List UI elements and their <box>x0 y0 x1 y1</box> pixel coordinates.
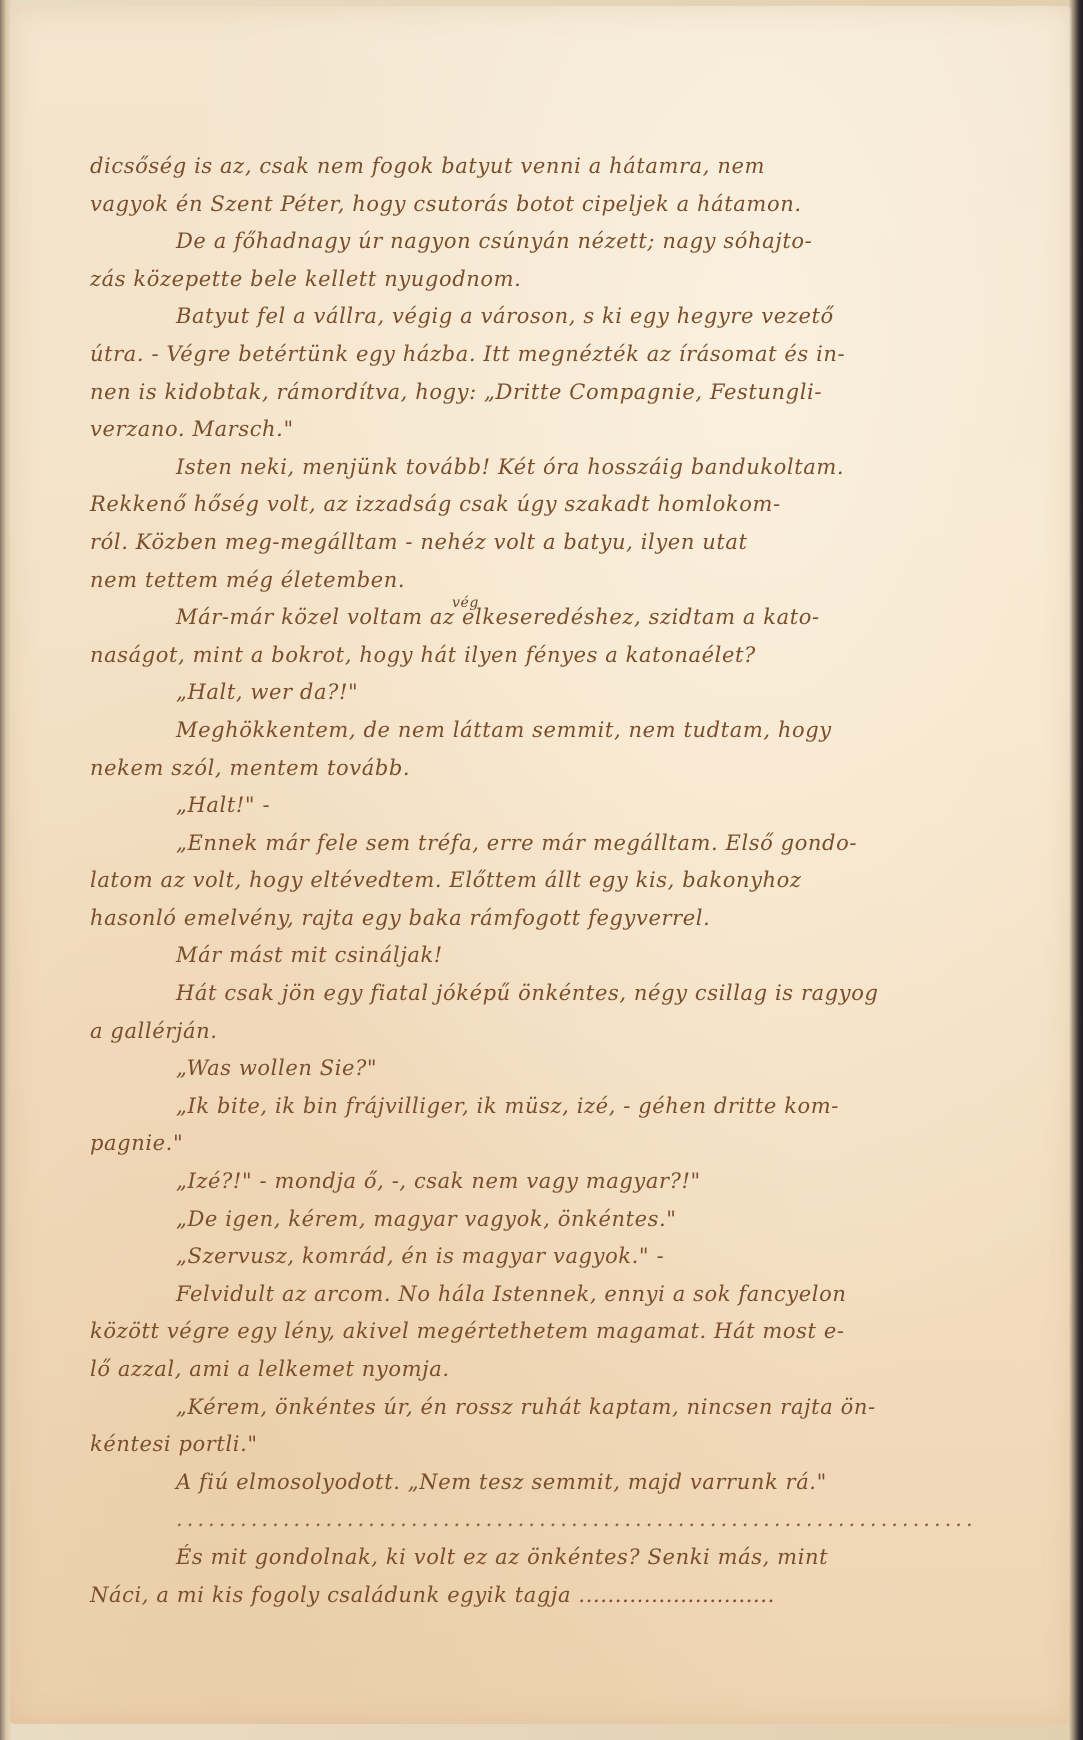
line-12: nem tettem még életemben. <box>90 562 1030 600</box>
line-36: A fiú elmosolyodott. „Nem tesz semmit, m… <box>90 1464 1030 1502</box>
line-34: „Kérem, önkéntes úr, én rossz ruhát kapt… <box>90 1389 1030 1427</box>
line-13: vég Már-már közel voltam az elkeseredésh… <box>90 599 1030 637</box>
line-10: Rekkenő hőség volt, az izzadság csak úgy… <box>90 486 1030 524</box>
line-3: De a főhadnagy úr nagyon csúnyán nézett;… <box>90 223 1030 261</box>
line-21: hasonló emelvény, rajta egy baka rámfogo… <box>90 900 1030 938</box>
line-32: között végre egy lény, akivel megértethe… <box>90 1313 1030 1351</box>
line-5: Batyut fel a vállra, végig a városon, s … <box>90 298 1030 336</box>
line-39: Náci, a mi kis fogoly családunk egyik ta… <box>90 1577 1030 1615</box>
line-19: „Ennek már fele sem tréfa, erre már megá… <box>90 825 1030 863</box>
inserted-word: vég <box>452 585 479 623</box>
line-35: kéntesi portli." <box>90 1426 1030 1464</box>
line-8: verzano. Marsch." <box>90 411 1030 449</box>
line-22: Már mást mit csináljak! <box>90 937 1030 975</box>
section-separator-dots: ........................................… <box>90 1501 1030 1539</box>
line-31: Felvidult az arcom. No hála Istennek, en… <box>90 1276 1030 1314</box>
line-38: És mit gondolnak, ki volt ez az önkéntes… <box>90 1539 1030 1577</box>
line-30: „Szervusz, komrád, én is magyar vagyok."… <box>90 1238 1030 1276</box>
line-18: „Halt!" - <box>90 787 1030 825</box>
line-9: Isten neki, menjünk tovább! Két óra hoss… <box>90 449 1030 487</box>
line-28: „Izé?!" - mondja ő, -, csak nem vagy mag… <box>90 1163 1030 1201</box>
line-24: a gallérján. <box>90 1013 1030 1051</box>
line-26: „Ik bite, ik bin frájvilliger, ik müsz, … <box>90 1088 1030 1126</box>
line-23: Hát csak jön egy fiatal jóképű önkéntes,… <box>90 975 1030 1013</box>
line-25: „Was wollen Sie?" <box>90 1050 1030 1088</box>
line-7: nen is kidobtak, rámordítva, hogy: „Drit… <box>90 374 1030 412</box>
line-33: lő azzal, ami a lelkemet nyomja. <box>90 1351 1030 1389</box>
line-4: zás közepette bele kellett nyugodnom. <box>90 261 1030 299</box>
line-29: „De igen, kérem, magyar vagyok, önkéntes… <box>90 1201 1030 1239</box>
book-edge <box>1069 0 1083 1740</box>
line-27: pagnie." <box>90 1125 1030 1163</box>
line-16: Meghökkentem, de nem láttam semmit, nem … <box>90 712 1030 750</box>
line-14: naságot, mint a bokrot, hogy hát ilyen f… <box>90 637 1030 675</box>
line-2: vagyok én Szent Péter, hogy csutorás bot… <box>90 186 1030 224</box>
line-17: nekem szól, mentem tovább. <box>90 750 1030 788</box>
line-20: latom az volt, hogy eltévedtem. Előttem … <box>90 862 1030 900</box>
line-13-text: Már-már közel voltam az elkeseredéshez, … <box>176 605 820 629</box>
line-15: „Halt, wer da?!" <box>90 674 1030 712</box>
line-6: útra. - Végre betértünk egy házba. Itt m… <box>90 336 1030 374</box>
line-1: dicsőség is az, csak nem fogok batyut ve… <box>90 148 1030 186</box>
line-11: ról. Közben meg-megálltam - nehéz volt a… <box>90 524 1030 562</box>
manuscript-text: dicsőség is az, csak nem fogok batyut ve… <box>90 148 1030 1614</box>
